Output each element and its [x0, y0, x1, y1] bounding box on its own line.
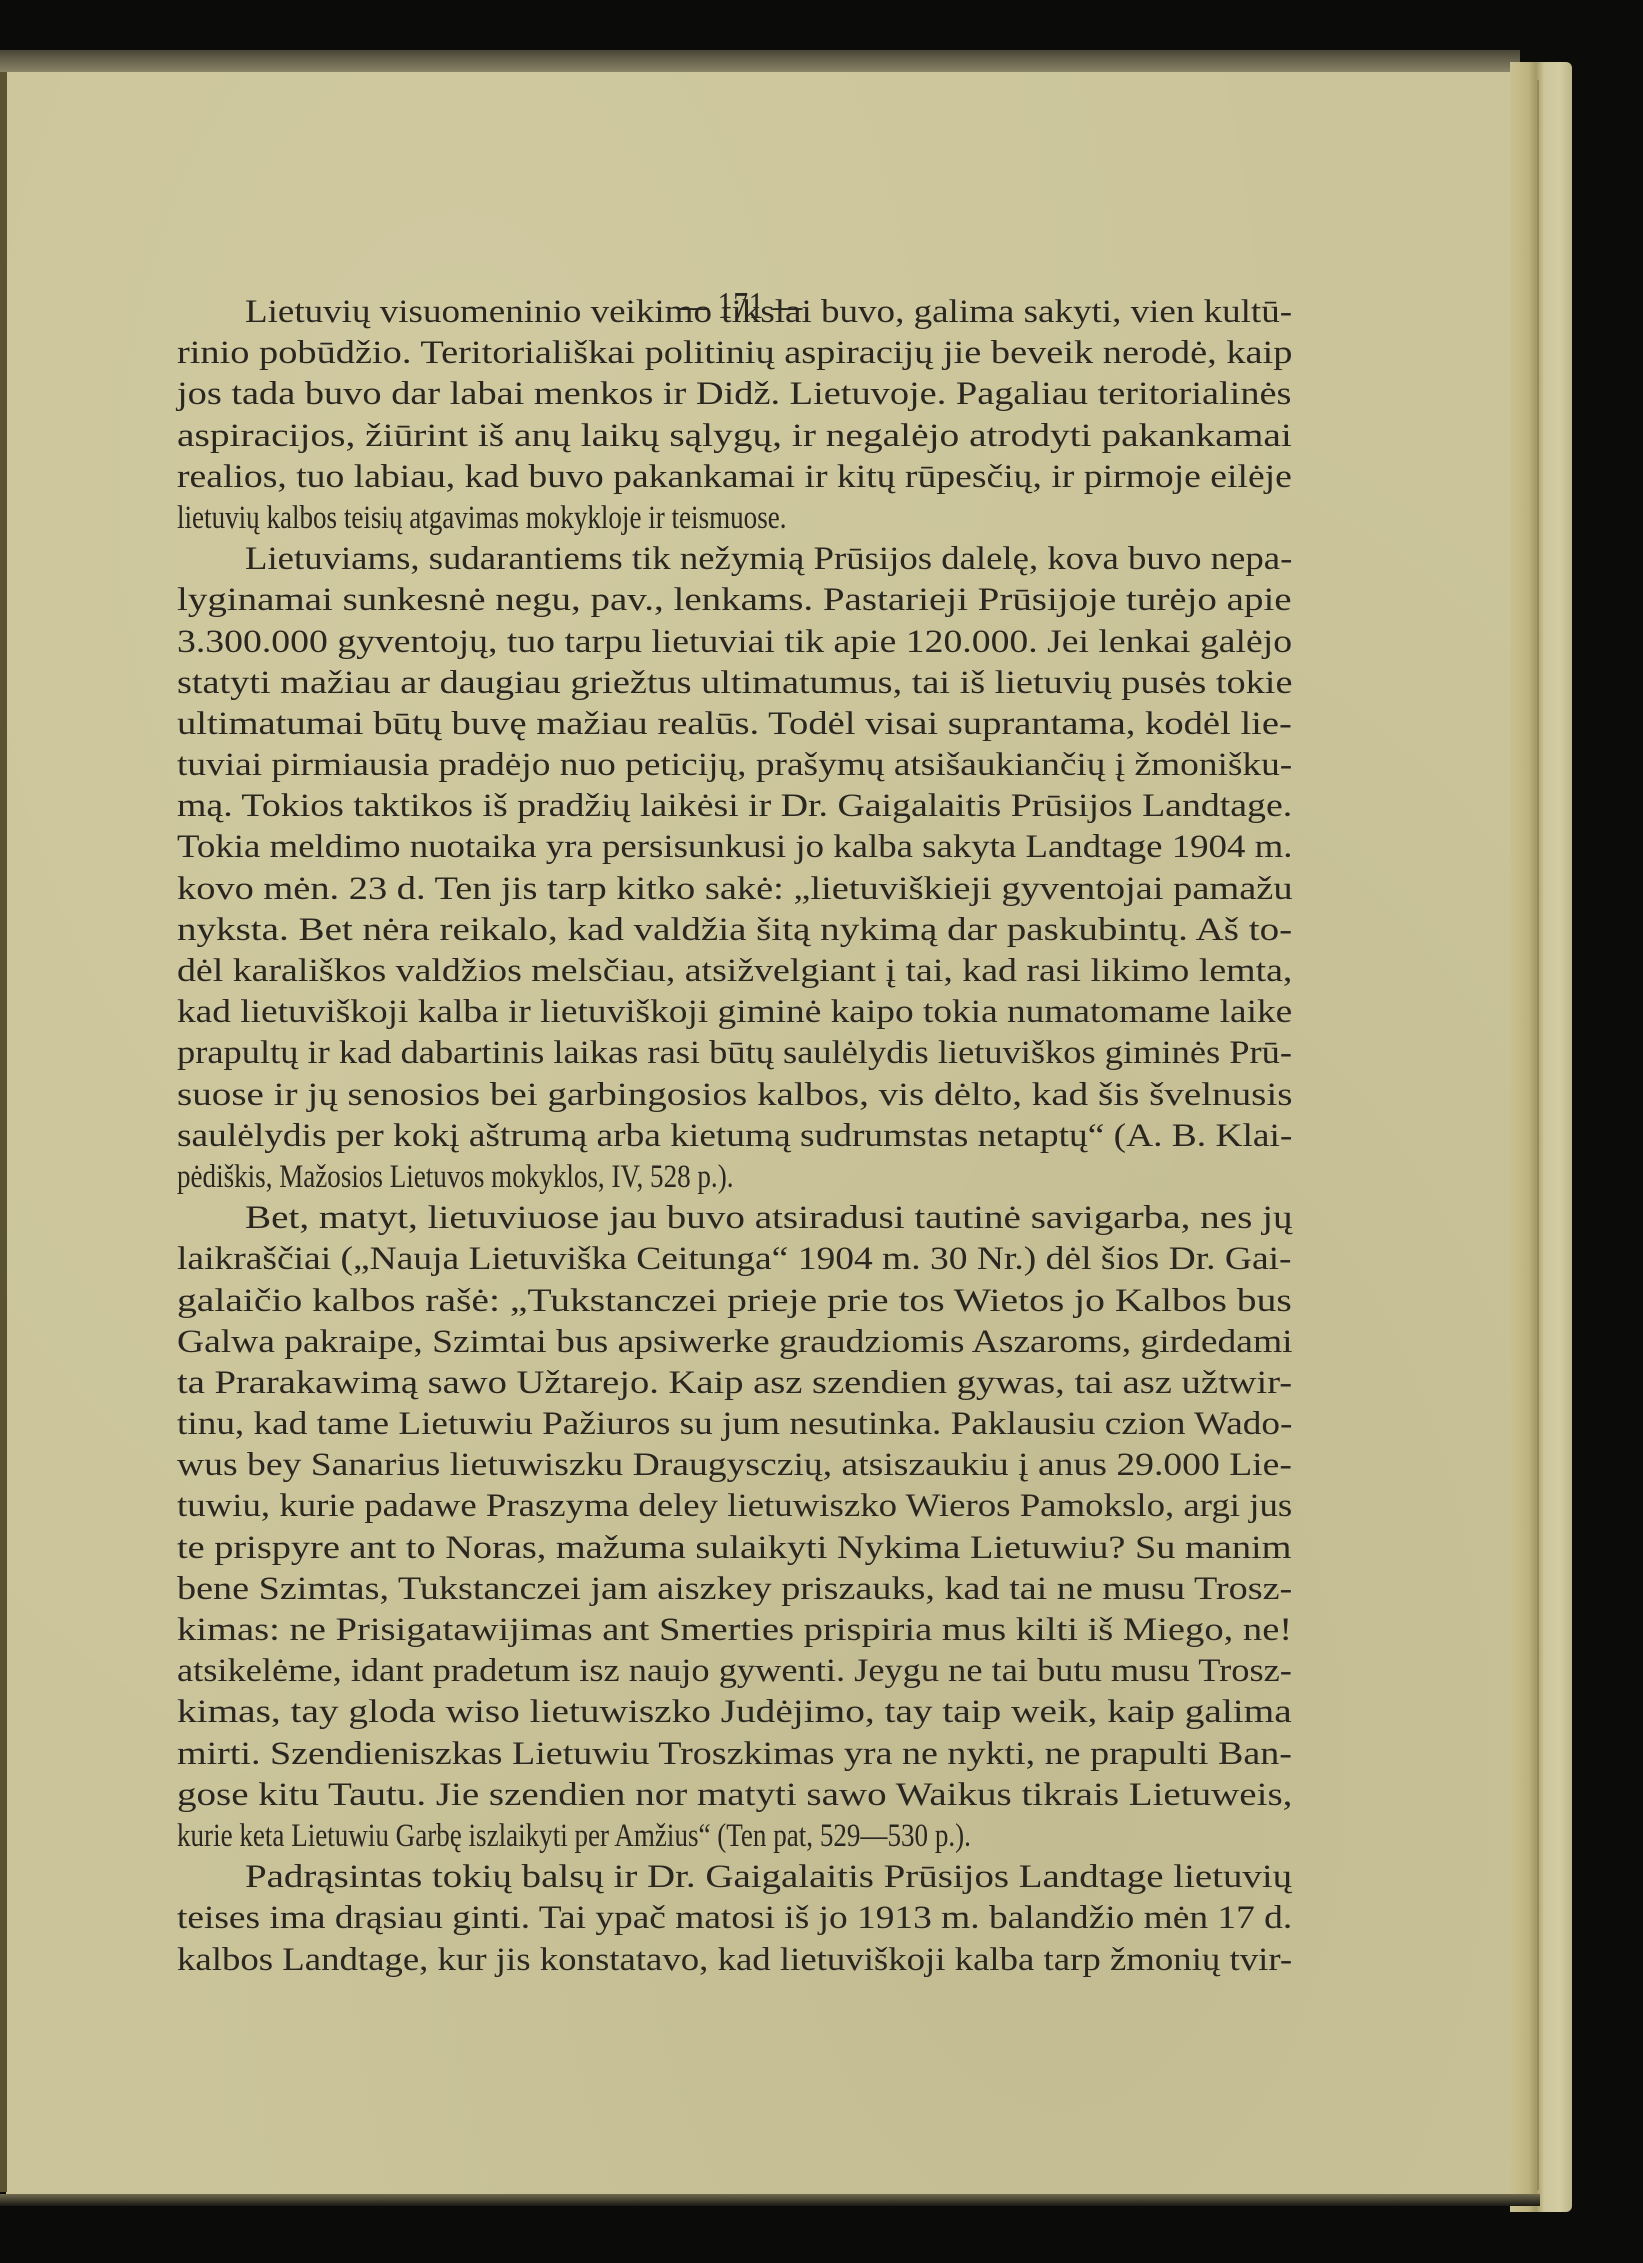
text-line: tuviai pirmiausia pradėjo nuo peticijų, …: [177, 745, 1292, 786]
text-line: pėdiškis, Mažosios Lietuvos mokyklos, IV…: [177, 1157, 1292, 1198]
text-line-content: bene Szimtas, Tukstanczei jam aiszkey pr…: [177, 1569, 1292, 1610]
text-line-content: ta Prarakawimą sawo Užtarejo. Kaip asz s…: [177, 1363, 1292, 1404]
text-line-content: mą. Tokios taktikos iš pradžių laikėsi i…: [177, 786, 1292, 827]
text-line: saulėlydis per kokį aštrumą arba kietumą…: [177, 1116, 1292, 1157]
text-line: lyginamai sunkesnė negu, pav., lenkams. …: [177, 580, 1292, 621]
body-text: Lietuvių visuomeninio veikimo tikslai bu…: [177, 292, 1292, 1981]
text-line-content: saulėlydis per kokį aštrumą arba kietumą…: [177, 1116, 1292, 1157]
text-line: kimas, tay gloda wiso lietuwiszko Judėji…: [177, 1692, 1292, 1733]
text-line-content: lyginamai sunkesnė negu, pav., lenkams. …: [177, 580, 1292, 621]
text-line-content: tuviai pirmiausia pradėjo nuo peticijų, …: [177, 745, 1292, 786]
text-line: nyksta. Bet nėra reikalo, kad valdžia ši…: [177, 910, 1292, 951]
text-line-content: Bet, matyt, lietuviuose jau buvo atsirad…: [245, 1198, 1293, 1239]
text-line: suose ir jų senosios bei garbingosios ka…: [177, 1075, 1292, 1116]
text-line: 3.300.000 gyventojų, tuo tarpu lietuviai…: [177, 622, 1292, 663]
text-line: gose kitu Tautu. Jie szendien nor matyti…: [177, 1775, 1292, 1816]
text-line: te prispyre ant to Noras, mažuma sulaiky…: [177, 1528, 1292, 1569]
text-line-content: te prispyre ant to Noras, mažuma sulaiky…: [177, 1528, 1291, 1569]
text-line-content: mirti. Szendieniszkas Lietuwiu Troszkima…: [177, 1734, 1292, 1775]
text-line: kimas: ne Prisigatawijimas ant Smerties …: [177, 1610, 1292, 1651]
text-line-content: teises ima drąsiau ginti. Tai ypač matos…: [177, 1898, 1292, 1939]
text-line-content: 3.300.000 gyventojų, tuo tarpu lietuviai…: [177, 622, 1292, 663]
text-line: atsikelėme, idant pradetum isz naujo gyw…: [177, 1651, 1292, 1692]
text-line: tuwiu, kurie padawe Praszyma deley lietu…: [177, 1486, 1292, 1527]
text-line-content: lietuvių kalbos teisių atgavimas mokyklo…: [177, 498, 787, 539]
text-line: Lietuvių visuomeninio veikimo tikslai bu…: [177, 292, 1292, 333]
text-line: kovo mėn. 23 d. Ten jis tarp kitko sakė:…: [177, 869, 1292, 910]
text-line: Bet, matyt, lietuviuose jau buvo atsirad…: [177, 1198, 1292, 1239]
text-line-content: aspiracijos, žiūrint iš anų laikų sąlygų…: [177, 416, 1292, 457]
text-line: kad lietuviškoji kalba ir lietuviškoji g…: [177, 992, 1292, 1033]
text-line: rinio pobūdžio. Teritoriališkai politini…: [177, 333, 1292, 374]
text-line-content: wus bey Sanarius lietuwiszku Draugysczių…: [177, 1445, 1292, 1486]
text-line: teises ima drąsiau ginti. Tai ypač matos…: [177, 1898, 1292, 1939]
text-line-content: statyti mažiau ar daugiau griežtus ultim…: [177, 663, 1292, 704]
text-line-content: prapultų ir kad dabartinis laikas rasi b…: [177, 1033, 1292, 1074]
text-line-content: suose ir jų senosios bei garbingosios ka…: [177, 1075, 1292, 1116]
text-line: laikraščiai („Nauja Lietuviška Ceitunga“…: [177, 1239, 1292, 1280]
text-line: kurie keta Lietuwiu Garbę iszlaikyti per…: [177, 1816, 1292, 1857]
text-line-content: tinu, kad tame Lietuwiu Pažiuros su jum …: [177, 1404, 1292, 1445]
text-line: galaičio kalbos rašė: „Tukstanczei priej…: [177, 1281, 1292, 1322]
text-line: aspiracijos, žiūrint iš anų laikų sąlygų…: [177, 416, 1292, 457]
text-line-content: galaičio kalbos rašė: „Tukstanczei priej…: [177, 1281, 1292, 1322]
text-line-content: Padrąsintas tokių balsų ir Dr. Gaigalait…: [245, 1857, 1292, 1898]
text-line: jos tada buvo dar labai menkos ir Didž. …: [177, 374, 1292, 415]
text-line: Tokia meldimo nuotaika yra persisunkusi …: [177, 827, 1292, 868]
text-line: statyti mažiau ar daugiau griežtus ultim…: [177, 663, 1292, 704]
text-line-content: kimas, tay gloda wiso lietuwiszko Judėji…: [177, 1692, 1292, 1733]
text-line-content: kurie keta Lietuwiu Garbę iszlaikyti per…: [177, 1816, 971, 1857]
text-line-content: laikraščiai („Nauja Lietuviška Ceitunga“…: [177, 1239, 1292, 1280]
text-line-content: ultimatumai būtų buvę mažiau realūs. Tod…: [177, 704, 1292, 745]
text-line: Lietuviams, sudarantiems tik nežymią Prū…: [177, 539, 1292, 580]
text-line-content: kad lietuviškoji kalba ir lietuviškoji g…: [177, 992, 1292, 1033]
text-line: mą. Tokios taktikos iš pradžių laikėsi i…: [177, 786, 1292, 827]
text-line: Padrąsintas tokių balsų ir Dr. Gaigalait…: [177, 1857, 1292, 1898]
text-line-content: tuwiu, kurie padawe Praszyma deley lietu…: [177, 1486, 1292, 1527]
text-line: wus bey Sanarius lietuwiszku Draugysczių…: [177, 1445, 1292, 1486]
text-line-content: Lietuviams, sudarantiems tik nežymią Prū…: [245, 539, 1292, 580]
text-line-content: rinio pobūdžio. Teritoriališkai politini…: [177, 333, 1292, 374]
text-line-content: jos tada buvo dar labai menkos ir Didž. …: [177, 374, 1292, 415]
text-line: kalbos Landtage, kur jis konstatavo, kad…: [177, 1940, 1292, 1981]
text-line: Galwa pakraipe, Szimtai bus apsiwerke gr…: [177, 1322, 1292, 1363]
book-cover-edge: [1510, 62, 1572, 2212]
text-line-content: kalbos Landtage, kur jis konstatavo, kad…: [177, 1940, 1292, 1981]
text-line: ultimatumai būtų buvę mažiau realūs. Tod…: [177, 704, 1292, 745]
text-line-content: gose kitu Tautu. Jie szendien nor matyti…: [177, 1775, 1292, 1816]
text-line-content: dėl karališkos valdžios melsčiau, atsižv…: [177, 951, 1292, 992]
page-bottom-shadow: [0, 2194, 1540, 2206]
text-line-content: Galwa pakraipe, Szimtai bus apsiwerke gr…: [177, 1322, 1293, 1363]
text-line-content: nyksta. Bet nėra reikalo, kad valdžia ši…: [177, 910, 1292, 951]
text-line: bene Szimtas, Tukstanczei jam aiszkey pr…: [177, 1569, 1292, 1610]
text-line: tinu, kad tame Lietuwiu Pažiuros su jum …: [177, 1404, 1292, 1445]
text-line-content: kovo mėn. 23 d. Ten jis tarp kitko sakė:…: [177, 869, 1293, 910]
text-line-content: Tokia meldimo nuotaika yra persisunkusi …: [177, 827, 1292, 868]
binding-crease: [1537, 80, 1539, 2190]
text-line-content: realios, tuo labiau, kad buvo pakankamai…: [177, 457, 1292, 498]
text-line: lietuvių kalbos teisių atgavimas mokyklo…: [177, 498, 1292, 539]
text-line-content: pėdiškis, Mažosios Lietuvos mokyklos, IV…: [177, 1157, 733, 1198]
text-line-content: kimas: ne Prisigatawijimas ant Smerties …: [177, 1610, 1292, 1651]
text-line: dėl karališkos valdžios melsčiau, atsižv…: [177, 951, 1292, 992]
text-line-content: Lietuvių visuomeninio veikimo tikslai bu…: [245, 292, 1292, 333]
text-line: mirti. Szendieniszkas Lietuwiu Troszkima…: [177, 1734, 1292, 1775]
text-line: ta Prarakawimą sawo Užtarejo. Kaip asz s…: [177, 1363, 1292, 1404]
text-line-content: atsikelėme, idant pradetum isz naujo gyw…: [177, 1651, 1292, 1692]
text-line: prapultų ir kad dabartinis laikas rasi b…: [177, 1033, 1292, 1074]
text-line: realios, tuo labiau, kad buvo pakankamai…: [177, 457, 1292, 498]
page-left-edge: [0, 72, 7, 2192]
page-top-shadow: [0, 50, 1520, 72]
